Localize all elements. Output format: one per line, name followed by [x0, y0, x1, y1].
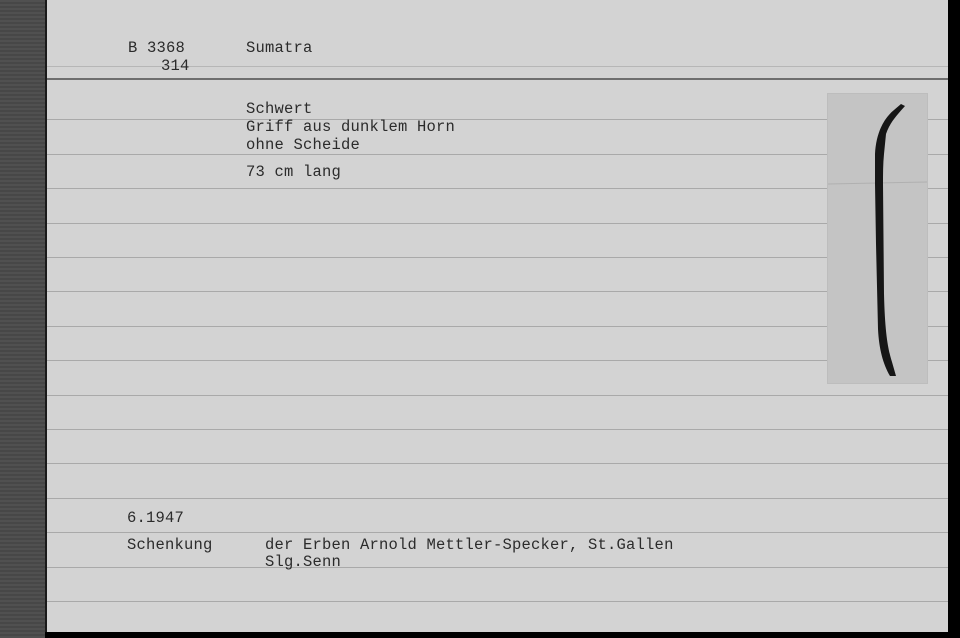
header-rule-thick	[47, 78, 948, 80]
acquisition-type: Schenkung	[127, 536, 213, 554]
collection-name: Slg.Senn	[265, 553, 341, 571]
ruled-line	[47, 532, 948, 533]
catalog-card: B 3368 314 Sumatra Schwert Griff aus dun…	[45, 0, 948, 632]
ruled-line	[47, 463, 948, 464]
acquisition-date: 6.1947	[127, 509, 184, 527]
acquisition-source: der Erben Arnold Mettler-Specker, St.Gal…	[265, 536, 674, 554]
scan-background-left	[0, 0, 45, 638]
dimensions: 73 cm lang	[246, 163, 341, 181]
ruled-line	[47, 188, 948, 189]
region: Sumatra	[246, 39, 313, 57]
ruled-line	[47, 326, 948, 327]
ruled-line	[47, 498, 948, 499]
ruled-line	[47, 291, 948, 292]
ruled-line	[47, 257, 948, 258]
object-name: Schwert	[246, 100, 313, 118]
sword-icon	[828, 94, 927, 383]
ruled-line	[47, 601, 948, 602]
ruled-line	[47, 119, 948, 120]
ruled-line	[47, 395, 948, 396]
inventory-number: B 3368	[128, 39, 185, 57]
ruled-line	[47, 360, 948, 361]
ruled-line	[47, 223, 948, 224]
ruled-line	[47, 429, 948, 430]
sub-number: 314	[161, 57, 190, 75]
ruled-line	[47, 154, 948, 155]
ruled-line	[47, 567, 948, 568]
description-line: ohne Scheide	[246, 136, 360, 154]
description-line: Griff aus dunklem Horn	[246, 118, 455, 136]
object-photo	[827, 93, 928, 384]
